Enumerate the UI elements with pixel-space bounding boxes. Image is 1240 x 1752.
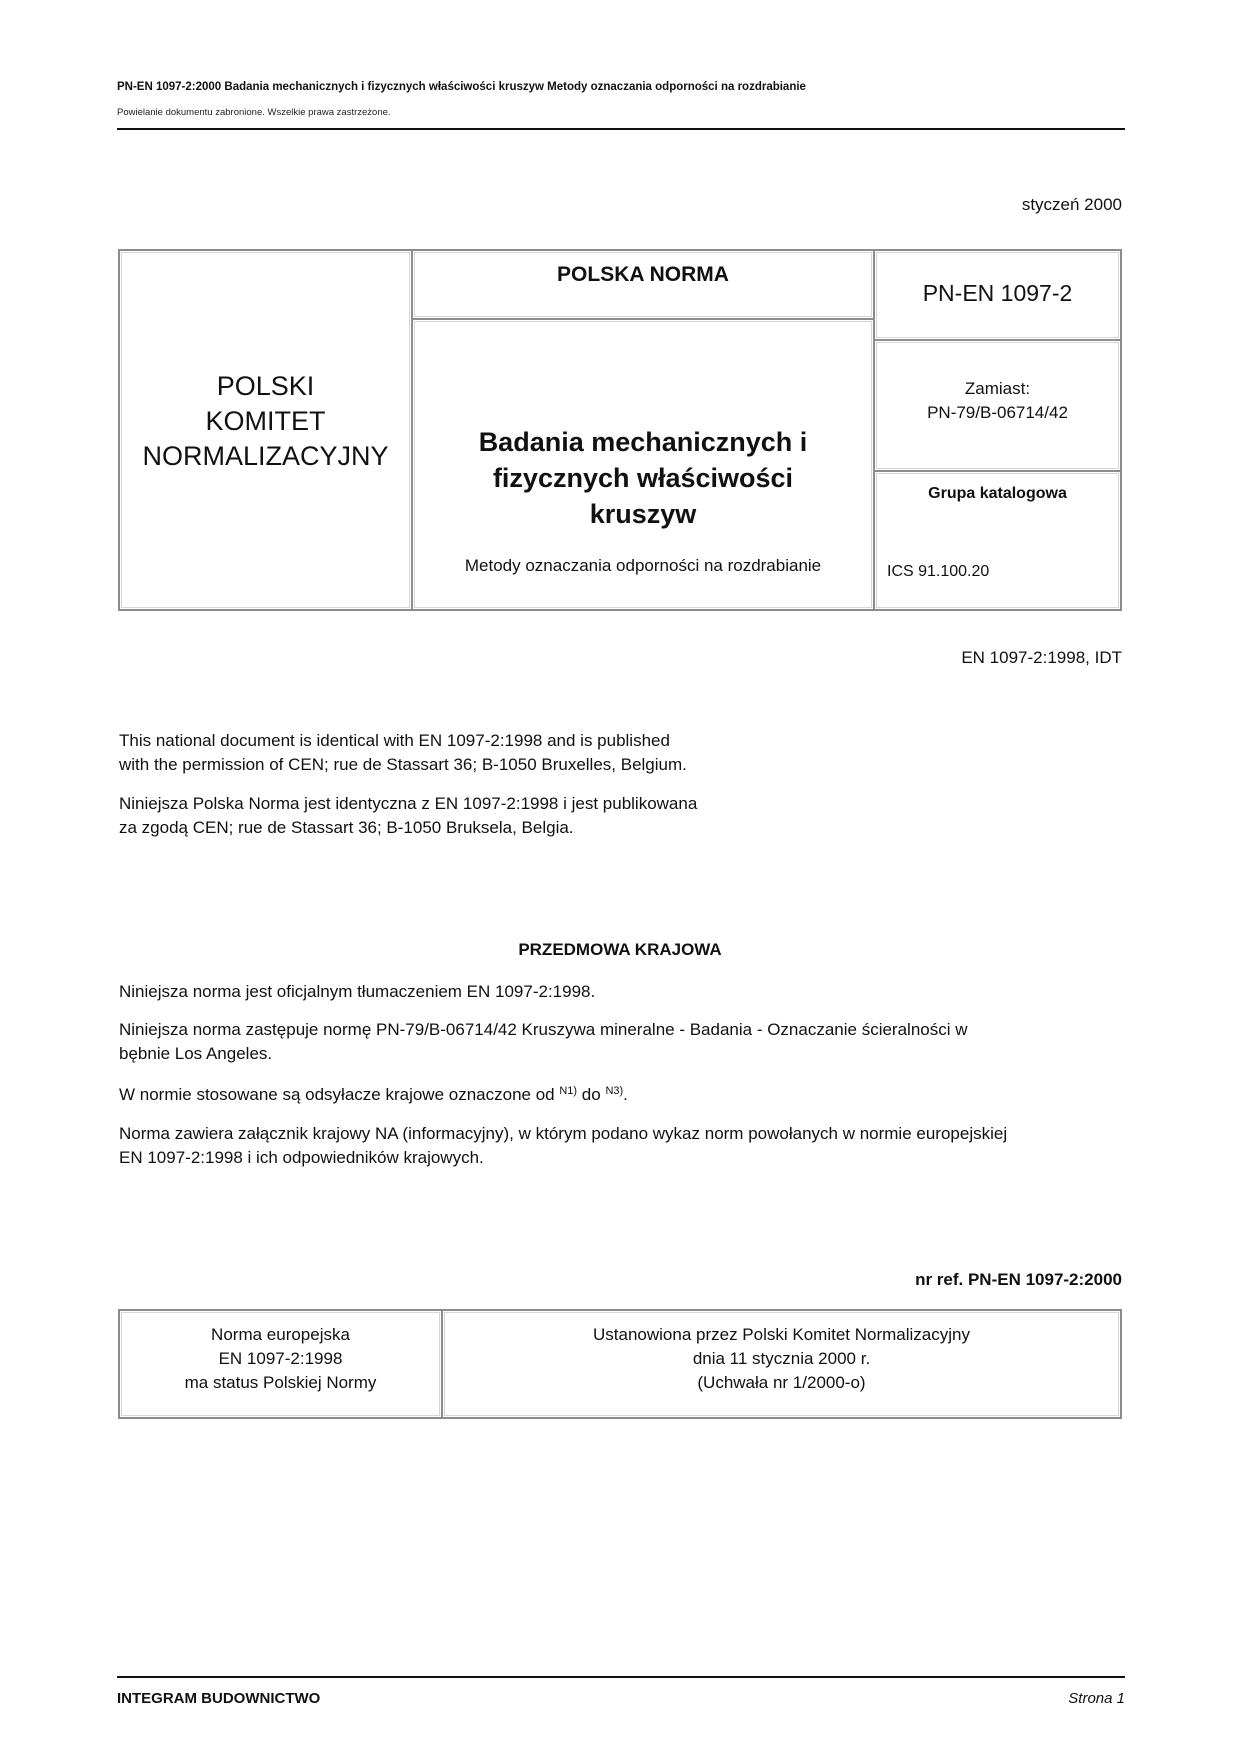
committee-name: POLSKI KOMITET NORMALIZACYJNY xyxy=(142,369,388,492)
reference-number: nr ref. PN-EN 1097-2:2000 xyxy=(915,1270,1122,1290)
foreword-paragraph: Niniejsza norma jest oficjalnym tłumacze… xyxy=(119,980,595,1004)
copyright-notice: Powielanie dokumentu zabronione. Wszelki… xyxy=(117,107,391,118)
norm-type-cell: POLSKA NORMA xyxy=(411,249,875,320)
norm-title-cell: Badania mechanicznych i fizycznych właśc… xyxy=(411,318,875,611)
foreword-paragraph: Norma zawiera załącznik krajowy NA (info… xyxy=(119,1122,1007,1170)
foreword-paragraph: W normie stosowane są odsyłacze krajowe … xyxy=(119,1083,628,1107)
footer-divider xyxy=(117,1676,1125,1678)
equivalence-statement: EN 1097-2:1998, IDT xyxy=(961,648,1122,668)
replaces-label: Zamiast: xyxy=(965,379,1030,398)
footnote-marker: N3) xyxy=(605,1085,623,1097)
intro-paragraph-pl: Niniejsza Polska Norma jest identyczna z… xyxy=(119,792,697,840)
catalog-group-cell: Grupa katalogowa ICS 91.100.20 xyxy=(873,470,1122,611)
establishment-cell: Ustanowiona przez Polski Komitet Normali… xyxy=(441,1309,1122,1419)
intro-paragraph-en: This national document is identical with… xyxy=(119,729,687,777)
document-header-title: PN-EN 1097-2:2000 Badania mechanicznych … xyxy=(117,81,806,93)
norm-number: PN-EN 1097-2 xyxy=(923,280,1073,311)
replaces-cell: Zamiast: PN-79/B-06714/42 xyxy=(873,339,1122,472)
catalog-group-label: Grupa katalogowa xyxy=(875,485,1120,503)
norm-title: Badania mechanicznych i fizycznych właśc… xyxy=(413,424,873,532)
foreword-title: PRZEDMOWA KRAJOWA xyxy=(0,940,1240,960)
footnote-marker: N1) xyxy=(559,1085,577,1097)
replaces-value: PN-79/B-06714/42 xyxy=(927,403,1068,422)
committee-cell: POLSKI KOMITET NORMALIZACYJNY xyxy=(118,249,413,611)
page-number: Strona 1 xyxy=(1068,1690,1125,1707)
norm-type: POLSKA NORMA xyxy=(413,263,873,287)
norm-subtitle: Metody oznaczania odporności na rozdrabi… xyxy=(413,556,873,576)
status-table: Norma europejska EN 1097-2:1998 ma statu… xyxy=(118,1309,1122,1419)
european-norm-cell: Norma europejska EN 1097-2:1998 ma statu… xyxy=(118,1309,443,1419)
header-divider xyxy=(117,128,1125,130)
norm-number-cell: PN-EN 1097-2 xyxy=(873,249,1122,341)
foreword-paragraph: Niniejsza norma zastępuje normę PN-79/B-… xyxy=(119,1018,968,1066)
publisher-name: INTEGRAM BUDOWNICTWO xyxy=(117,1690,320,1707)
ics-code: ICS 91.100.20 xyxy=(887,563,989,581)
publication-date: styczeń 2000 xyxy=(1022,195,1122,215)
title-table: POLSKI KOMITET NORMALIZACYJNY POLSKA NOR… xyxy=(118,249,1122,611)
